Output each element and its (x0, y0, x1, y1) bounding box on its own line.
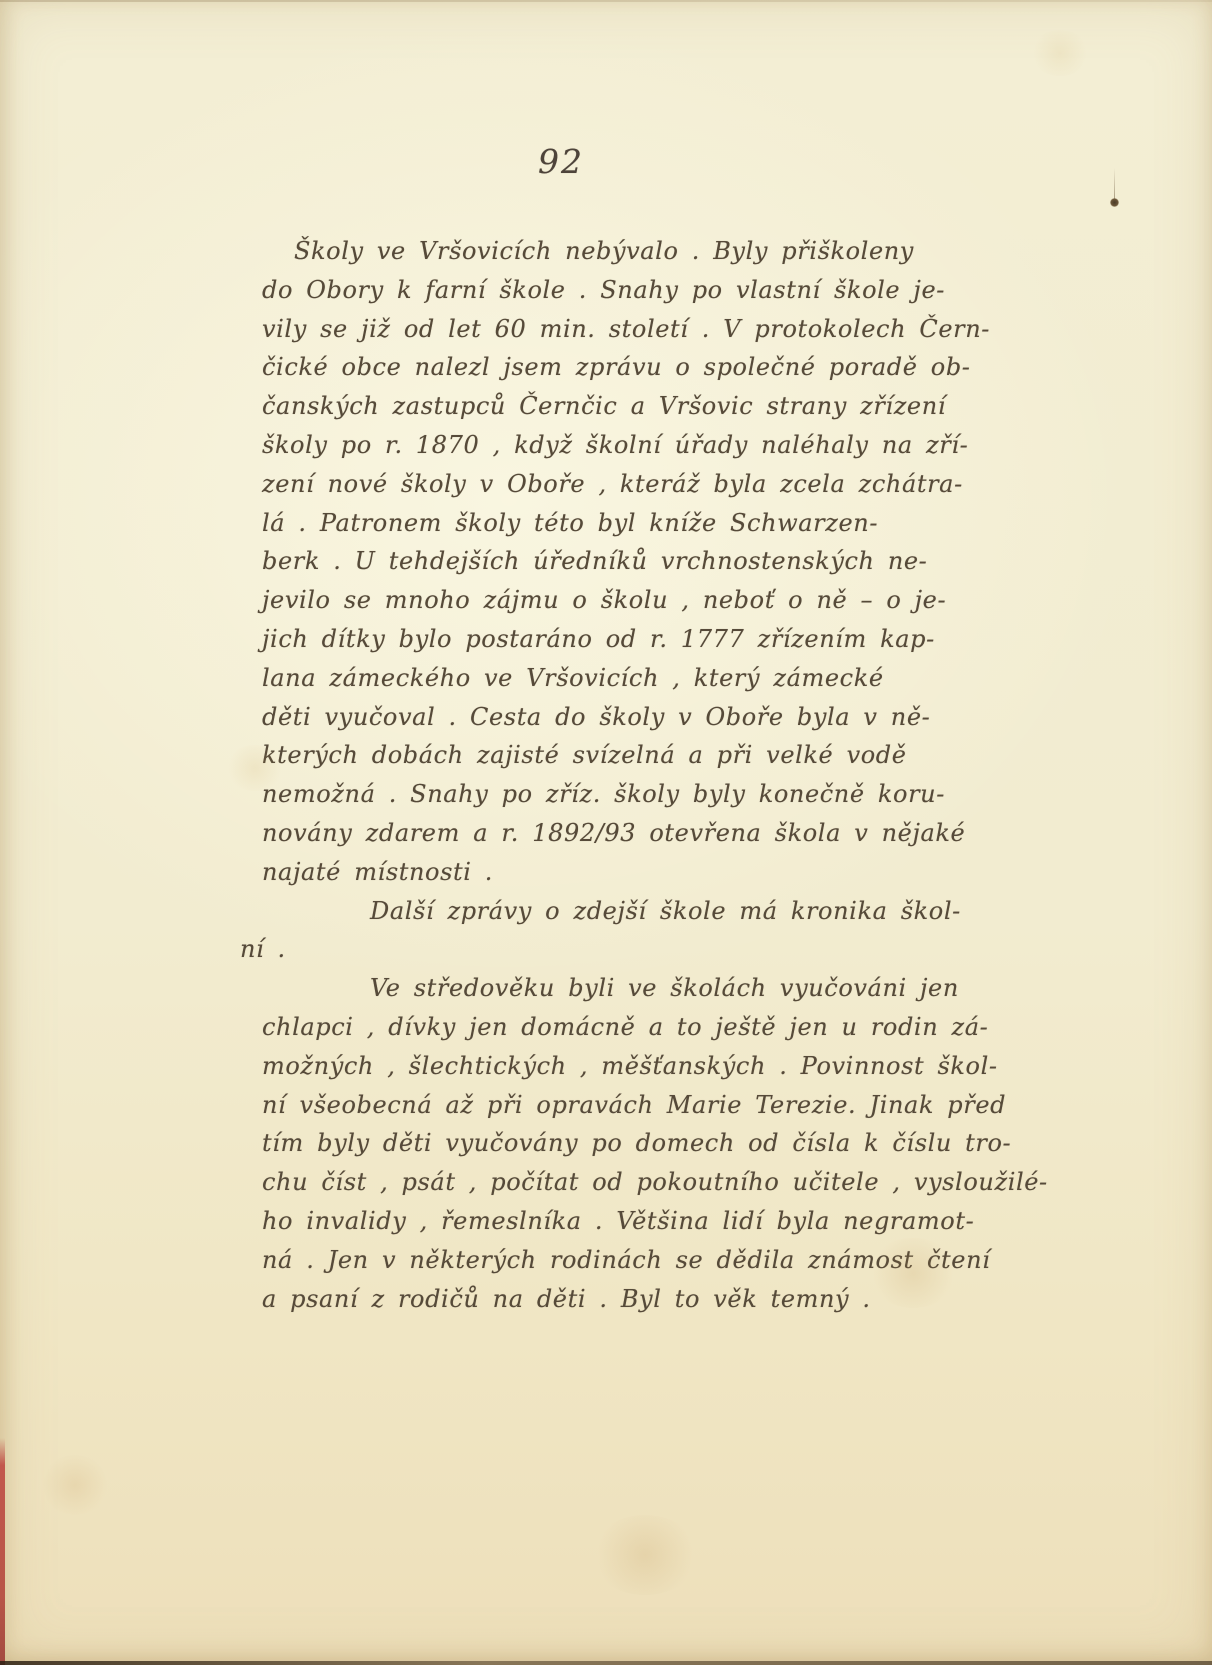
text-line: ná . Jen v některých rodinách se dědila … (262, 1241, 982, 1280)
text-line: Ve středověku byli ve školách vyučováni … (262, 969, 1090, 1008)
paper-stain (1030, 30, 1090, 76)
text-line: Další zprávy o zdejší škole má kronika š… (262, 892, 1090, 931)
binding-red-edge (0, 1438, 5, 1665)
text-line: nemožná . Snahy po zříz. školy byly kone… (262, 775, 982, 814)
ink-scratch (1114, 168, 1115, 200)
text-line: čické obce nalezl jsem zprávu o společné… (262, 348, 982, 387)
text-line: ho invalidy , řemeslníka . Většina lidí … (262, 1202, 982, 1241)
text-line: školy po r. 1870 , když školní úřady nal… (262, 426, 982, 465)
text-line: najaté místnosti . (262, 853, 982, 892)
text-line: Školy ve Vršovicích nebývalo . Byly přiš… (262, 232, 1014, 271)
text-line: děti vyučoval . Cesta do školy v Oboře b… (262, 698, 982, 737)
text-line: kterých dobách zajisté svízelná a při ve… (262, 736, 982, 775)
text-line: ní . (240, 930, 960, 969)
paper-stain (40, 1455, 110, 1515)
text-line: čanských zastupců Černčic a Vršovic stra… (262, 387, 982, 426)
handwritten-text-block: Školy ve Vršovicích nebývalo . Byly přiš… (0, 232, 1212, 1318)
text-line: lana zámeckého ve Vršovicích , který zám… (262, 659, 982, 698)
text-line: zení nové školy v Oboře , kteráž byla zc… (262, 465, 982, 504)
text-line: lá . Patronem školy této byl kníže Schwa… (262, 504, 982, 543)
page-top-edge (0, 0, 1212, 2)
paper-stain (590, 1515, 700, 1595)
text-line: chlapci , dívky jen domácně a to ještě j… (262, 1008, 982, 1047)
text-line: novány zdarem a r. 1892/93 otevřena škol… (262, 814, 982, 853)
document-page: 92 Školy ve Vršovicích nebývalo . Byly p… (0, 0, 1212, 1665)
page-bottom-edge (0, 1661, 1212, 1665)
text-line: do Obory k farní škole . Snahy po vlastn… (262, 271, 982, 310)
text-line: tím byly děti vyučovány po domech od čís… (262, 1124, 982, 1163)
text-line: berk . U tehdejších úředníků vrchnostens… (262, 542, 982, 581)
text-line: vily se již od let 60 min. století . V p… (262, 310, 982, 349)
text-line: jevilo se mnoho zájmu o školu , neboť o … (262, 581, 982, 620)
text-line: ní všeobecná až při opravách Marie Terez… (262, 1086, 982, 1125)
text-line: chu číst , psát , počítat od pokoutního … (262, 1163, 982, 1202)
text-line: jich dítky bylo postaráno od r. 1777 zří… (262, 620, 982, 659)
page-number: 92 (538, 142, 584, 181)
text-line: možných , šlechtických , měšťanských . P… (262, 1047, 982, 1086)
text-line: a psaní z rodičů na děti . Byl to věk te… (262, 1280, 982, 1319)
